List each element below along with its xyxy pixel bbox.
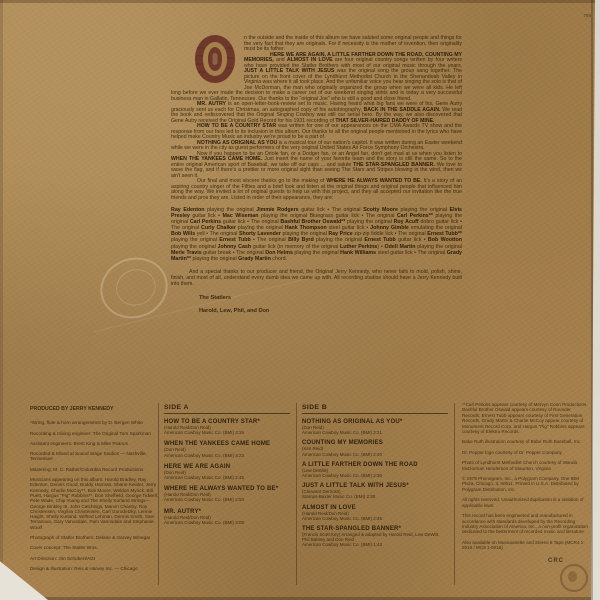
- legal-note: **Carl Perkins appears courtesy of Mervy…: [462, 402, 589, 434]
- track-publisher: Stamps-Baxter Music Co. (BMI): [302, 494, 365, 499]
- side-a-tracks: HOW TO BE A COUNTRY STAR* (Harold Reid/D…: [164, 419, 290, 525]
- track-publisher-line: American Cowboy Music Co. (BMI) 2:30: [302, 473, 448, 478]
- track-publisher-line: American Cowboy Music Co. (BMI) 3:26: [164, 430, 290, 435]
- liner-paragraph: Now if you happen to be an Oriole fan, o…: [171, 152, 462, 180]
- track-duration: 2:45: [373, 516, 382, 521]
- credit-line: Musicians appearing on this album: Harol…: [30, 477, 160, 530]
- track-publisher-line: Stamps-Baxter Music Co. (BMI) 2:30: [302, 494, 448, 499]
- legal-notes-column: **Carl Perkins appears courtesy of Mervy…: [462, 402, 589, 556]
- track-publisher: American Cowboy Music Co. (BMI): [302, 473, 372, 478]
- liner-paragraph: NOTHING AS ORIGINAL AS YOU is a musical …: [171, 141, 462, 152]
- track-entry: NOTHING AS ORIGINAL AS YOU* (Don Reid) A…: [302, 419, 448, 435]
- track-duration: 3:23: [235, 453, 244, 458]
- liner-paragraph: HOW TO BE A COUNTRY STAR was written for…: [171, 124, 462, 141]
- sleeve-right-edge-shadow: [591, 0, 593, 600]
- legal-note: All rights reserved. Unauthorized duplic…: [462, 497, 589, 508]
- track-publisher: American Cowboy Music Co. (BMI): [164, 453, 234, 458]
- tracklist-divider-left: [158, 403, 159, 585]
- track-duration: 3:05: [235, 520, 244, 525]
- left-edge-shadow: [0, 0, 3, 600]
- letter-o-icon: [194, 34, 236, 84]
- legal-note: Also available on Musicassette and Stere…: [462, 540, 589, 551]
- track-entry: ALMOST IN LOVE (Harold Reid/Don Reid) Am…: [302, 505, 448, 521]
- track-entry: A LITTLE FARTHER DOWN THE ROAD (Lew DeWi…: [302, 462, 448, 478]
- liner-notes: n the outside and the inside of this alb…: [171, 36, 462, 323]
- track-entry: HERE WE ARE AGAIN (Don Reid) American Co…: [164, 464, 290, 480]
- track-publisher: American Cowboy Music Co. (BMI): [302, 516, 372, 521]
- credit-line: Cover concept: The Statler Bros.: [30, 545, 160, 550]
- track-writer: (Francis Scott Key) Arranged & adapted b…: [302, 532, 448, 542]
- track-duration: 2:40: [373, 452, 382, 457]
- credit-line: Recording & mixing engineer: The Origina…: [30, 431, 160, 436]
- signature-group-name: The Statlers: [199, 296, 462, 302]
- track-entry: WHEN THE YANKEES CAME HOME (Don Reid) Am…: [164, 441, 290, 457]
- track-publisher: American Cowboy Music Co. (BMI): [164, 430, 234, 435]
- legal-notes: **Carl Perkins appears courtesy of Mervy…: [462, 402, 589, 551]
- crc-mark: CRC: [548, 558, 564, 564]
- track-publisher-line: American Cowboy Music Co. (BMI) 2:50: [164, 497, 290, 502]
- track-publisher: American Cowboy Music Co. (BMI): [164, 520, 234, 525]
- scuff-ring-mark: [92, 249, 175, 327]
- produced-by-line: PRODUCED BY JERRY KENNEDY: [30, 407, 160, 412]
- track-entry: JUST A LITTLE TALK WITH JESUS* (Cleavant…: [302, 483, 448, 499]
- side-b-header: SIDE B: [302, 404, 448, 414]
- track-entry: COUNTING MY MEMORIES (Kim Reid) American…: [302, 440, 448, 456]
- credit-line: Art Direction: Jim Schubert/AGI: [30, 556, 160, 561]
- track-duration: 2:30: [367, 494, 376, 499]
- track-duration: 2:50: [235, 497, 244, 502]
- track-publisher: American Cowboy Music Co. (BMI): [164, 497, 234, 502]
- legal-note: Dr. Pepper logo courtesy of Dr. Pepper C…: [462, 450, 589, 455]
- track-publisher-line: American Cowboy Music Co. (BMI) 2:45: [164, 475, 290, 480]
- credit-line: Design & Illustration: Reis & Harvey Inc…: [30, 566, 160, 571]
- track-publisher-line: American Cowboy Music Co. (BMI) 2:21: [302, 430, 448, 435]
- credit-line: Recorded & Mixed at Sound Stage Studios …: [30, 451, 160, 462]
- tracklist-divider-middle: [296, 403, 297, 585]
- liner-paragraph: And a special thanks to our producer and…: [171, 269, 462, 287]
- record-club-stamp-icon: [560, 564, 588, 592]
- track-publisher: American Cowboy Music Co. (BMI): [302, 452, 372, 457]
- track-publisher: American Cowboy Music Co. (BMI): [302, 542, 372, 547]
- track-entry: HOW TO BE A COUNTRY STAR* (Harold Reid/D…: [164, 419, 290, 435]
- legal-note: This record has been engineered and manu…: [462, 513, 589, 535]
- liner-paragraph: Ray Edenton playing the original Jimmie …: [171, 207, 462, 262]
- liner-paragraph: Our final and most sincere thanks go to …: [171, 179, 462, 201]
- track-publisher-line: American Cowboy Music Co. (BMI) 3:05: [164, 520, 290, 525]
- legal-note: Babe Ruth illustration courtesy of Babe …: [462, 439, 589, 444]
- track-entry: THE STAR-SPANGLED BANNER* (Francis Scott…: [302, 526, 448, 548]
- track-publisher-line: American Cowboy Music Co. (BMI) 2:45: [302, 516, 448, 521]
- track-publisher-line: American Cowboy Music Co. (BMI) 2:40: [302, 452, 448, 457]
- credit-line: Mastering: M. C. Rather/Columbia Record …: [30, 467, 160, 472]
- credit-lines: *String, flute & horn arrangements by D.…: [30, 420, 160, 571]
- credit-line: *String, flute & horn arrangements by D.…: [30, 420, 160, 425]
- track-entry: MR. AUTRY* (Harold Reid/Don Reid) Americ…: [164, 509, 290, 525]
- track-entry: WHERE HE ALWAYS WANTED TO BE* (Harold Re…: [164, 486, 290, 502]
- track-publisher-line: American Cowboy Music Co. (BMI) 3:23: [164, 453, 290, 458]
- track-duration: 3:26: [235, 430, 244, 435]
- track-publisher: American Cowboy Music Co. (BMI): [164, 475, 234, 480]
- track-publisher-line: American Cowboy Music Co. (BMI) 1:43: [302, 542, 448, 547]
- scuff-ring-inner: [111, 264, 160, 311]
- track-duration: 2:45: [235, 475, 244, 480]
- tracklist-divider-right: [454, 403, 455, 585]
- side-a-header: SIDE A: [164, 404, 290, 414]
- legal-note: © 1979 Phonogram, Inc., a Polygram Compa…: [462, 476, 589, 492]
- legal-note: Photo of Lyndhurst Methodist Church cour…: [462, 460, 589, 471]
- album-back-cover: 794 n the outside and the inside of this…: [0, 0, 600, 600]
- credit-line: Assistant engineers: Brent King & Mike P…: [30, 441, 160, 446]
- catalog-mark: 794: [583, 13, 591, 18]
- signature-member-names: Harold, Lew, Phil, and Don: [199, 309, 462, 315]
- production-credits: PRODUCED BY JERRY KENNEDY *String, flute…: [30, 407, 160, 576]
- side-b-column: SIDE B NOTHING AS ORIGINAL AS YOU* (Don …: [302, 404, 448, 553]
- track-duration: 2:30: [373, 473, 382, 478]
- track-duration: 1:43: [373, 542, 382, 547]
- side-b-tracks: NOTHING AS ORIGINAL AS YOU* (Don Reid) A…: [302, 419, 448, 548]
- top-edge-shadow: [0, 0, 600, 3]
- signature-block: The Statlers Harold, Lew, Phil, and Don: [199, 296, 462, 315]
- track-publisher: American Cowboy Music Co. (BMI): [302, 430, 372, 435]
- side-a-column: SIDE A HOW TO BE A COUNTRY STAR* (Harold…: [164, 404, 290, 531]
- credit-line: Photograph of Statler Brothers: Delane &…: [30, 535, 160, 540]
- liner-paragraph: MR. AUTRY is an open-letter-book-review …: [171, 102, 462, 124]
- track-duration: 2:21: [373, 430, 382, 435]
